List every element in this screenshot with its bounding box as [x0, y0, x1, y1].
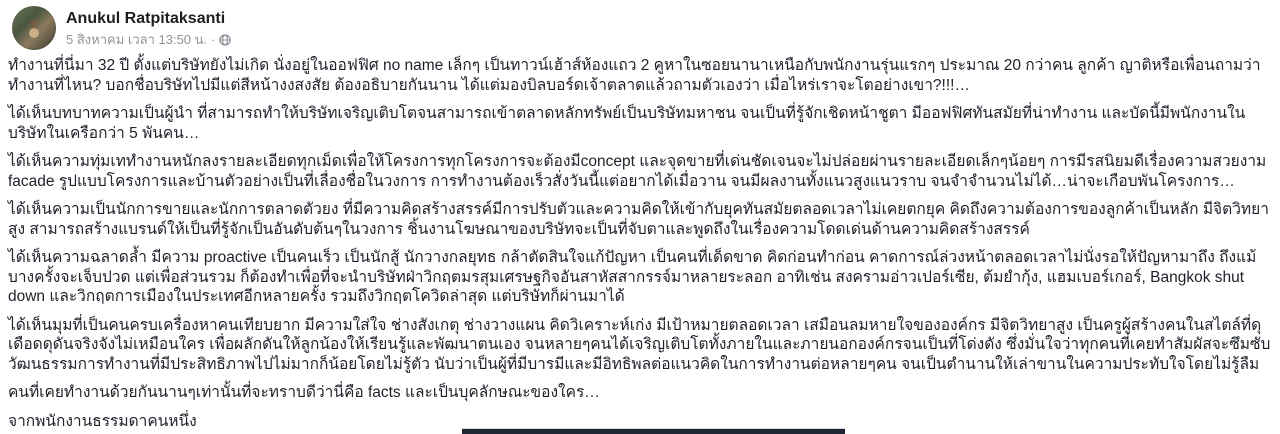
post-paragraph: ได้เห็นความทุ่มเททำงานหนักลงรายละเอียดทุ…	[8, 152, 1272, 191]
facebook-post: Anukul Ratpitaksanti 5 สิงหาคม เวลา 13:5…	[0, 0, 1280, 434]
post-paragraph: ทำงานที่นี่มา 32 ปี ตั้งแต่บริษัทยังไม่เ…	[8, 56, 1272, 95]
attached-photo[interactable]	[462, 428, 845, 434]
post-body: ทำงานที่นี่มา 32 ปี ตั้งแต่บริษัทยังไม่เ…	[0, 54, 1280, 431]
post-header-text: Anukul Ratpitaksanti 5 สิงหาคม เวลา 13:5…	[66, 6, 231, 48]
post-paragraph: ได้เห็นมุมที่เป็นคนครบเครื่องหาคนเทียบยา…	[8, 316, 1272, 375]
timestamp-link[interactable]: 5 สิงหาคม เวลา 13:50 น.	[66, 31, 207, 48]
meta-separator: ·	[211, 31, 215, 48]
post-paragraph: คนที่เคยทำงานด้วยกันนานๆเท่านั้นที่จะทรา…	[8, 383, 1272, 403]
globe-public-icon	[219, 34, 231, 46]
avatar[interactable]	[12, 6, 56, 50]
post-header: Anukul Ratpitaksanti 5 สิงหาคม เวลา 13:5…	[0, 0, 1280, 54]
author-name-link[interactable]: Anukul Ratpitaksanti	[66, 9, 231, 29]
post-paragraph: ได้เห็นความเป็นนักการขายและนักการตลาดตัว…	[8, 200, 1272, 239]
post-paragraph: ได้เห็นบทบาทความเป็นผู้นำ ที่สามารถทำให้…	[8, 104, 1272, 143]
post-meta: 5 สิงหาคม เวลา 13:50 น. ·	[66, 31, 231, 48]
post-paragraph: ได้เห็นความฉลาดล้ำ มีความ proactive เป็น…	[8, 248, 1272, 307]
